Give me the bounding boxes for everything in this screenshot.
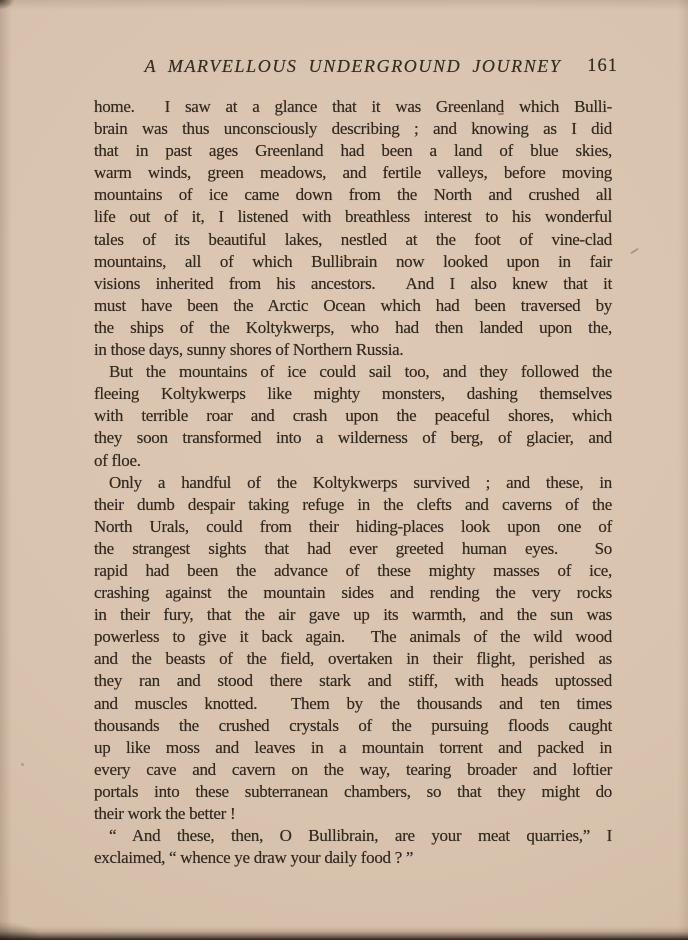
text-line: and the beasts of the field, overtaken i… [94, 648, 612, 670]
page-edge-bottom-shadow [0, 926, 688, 940]
text-line: they ran and stood there stark and stiff… [94, 670, 612, 692]
paragraph: Only a handful of the Koltykwerps surviv… [94, 472, 612, 826]
text-line: life out of it, I listened with breathle… [94, 206, 612, 228]
text-line: “ And these, then, O Bullibrain, are you… [94, 825, 612, 847]
text-line: visions inherited from his ancestors. An… [94, 273, 612, 295]
text-line: must have been the Arctic Ocean which ha… [94, 295, 612, 317]
text-line: in those days, sunny shores of Northern … [94, 339, 612, 361]
text-line: mountains of ice came down from the Nort… [94, 184, 612, 206]
text-line: in their fury, that the air gave up its … [94, 604, 612, 626]
paragraph: “ And these, then, O Bullibrain, are you… [94, 825, 612, 869]
text-line: fleeing Koltykwerps like mighty monsters… [94, 383, 612, 405]
text-line: their work the better ! [94, 803, 612, 825]
text-line: rapid had been the advance of these migh… [94, 560, 612, 582]
text-line: they soon transformed into a wilderness … [94, 427, 612, 449]
text-line: up like moss and leaves in a mountain to… [94, 737, 612, 759]
text-line: mountains, all of which Bullibrain now l… [94, 251, 612, 273]
page-header: A MARVELLOUS UNDERGROUND JOURNEY 161 [94, 56, 612, 80]
text-line: portals into these subterranean chambers… [94, 781, 612, 803]
paragraph: But the mountains of ice could sail too,… [94, 361, 612, 471]
text-block: home. I saw at a glance that it was Gree… [94, 96, 612, 869]
page-number: 161 [587, 56, 618, 77]
corner-smudge-bottom-left [0, 922, 40, 940]
text-line: exclaimed, “ whence ye draw your daily f… [94, 847, 612, 869]
text-line: North Urals, could from their hiding-pla… [94, 516, 612, 538]
text-line: powerless to give it back again. The ani… [94, 626, 612, 648]
text-line: and muscles knotted. Them by the thousan… [94, 693, 612, 715]
book-page: A MARVELLOUS UNDERGROUND JOURNEY 161 hom… [0, 0, 688, 940]
text-line: home. I saw at a glance that it was Gree… [94, 96, 612, 118]
text-line: tales of its beautiful lakes, nestled at… [94, 229, 612, 251]
text-line: the ships of the Koltykwerps, who had th… [94, 317, 612, 339]
running-title: A MARVELLOUS UNDERGROUND JOURNEY [94, 56, 612, 77]
corner-smudge-top-left [0, 0, 14, 9]
text-line: Only a handful of the Koltykwerps surviv… [94, 472, 612, 494]
text-line: of floe. [94, 450, 612, 472]
text-line: thousands the crushed crystals of the pu… [94, 715, 612, 737]
page-edge-left-shadow [0, 0, 12, 940]
text-line: their dumb despair taking refuge in the … [94, 494, 612, 516]
scan-speck [630, 248, 639, 254]
text-line: that in past ages Greenland had been a l… [94, 140, 612, 162]
scan-speck [21, 763, 24, 766]
page-edge-top-shadow [0, 0, 688, 10]
paragraph: home. I saw at a glance that it was Gree… [94, 96, 612, 361]
text-line: But the mountains of ice could sail too,… [94, 361, 612, 383]
text-line: crashing against the mountain sides and … [94, 582, 612, 604]
text-line: every cave and cavern on the way, tearin… [94, 759, 612, 781]
page-edge-right-shadow [678, 0, 688, 940]
text-line: the strangest sights that had ever greet… [94, 538, 612, 560]
text-line: warm winds, green meadows, and fertile v… [94, 162, 612, 184]
text-line: with terrible roar and crash upon the pe… [94, 405, 612, 427]
text-line: brain was thus unconsciously describing … [94, 118, 612, 140]
